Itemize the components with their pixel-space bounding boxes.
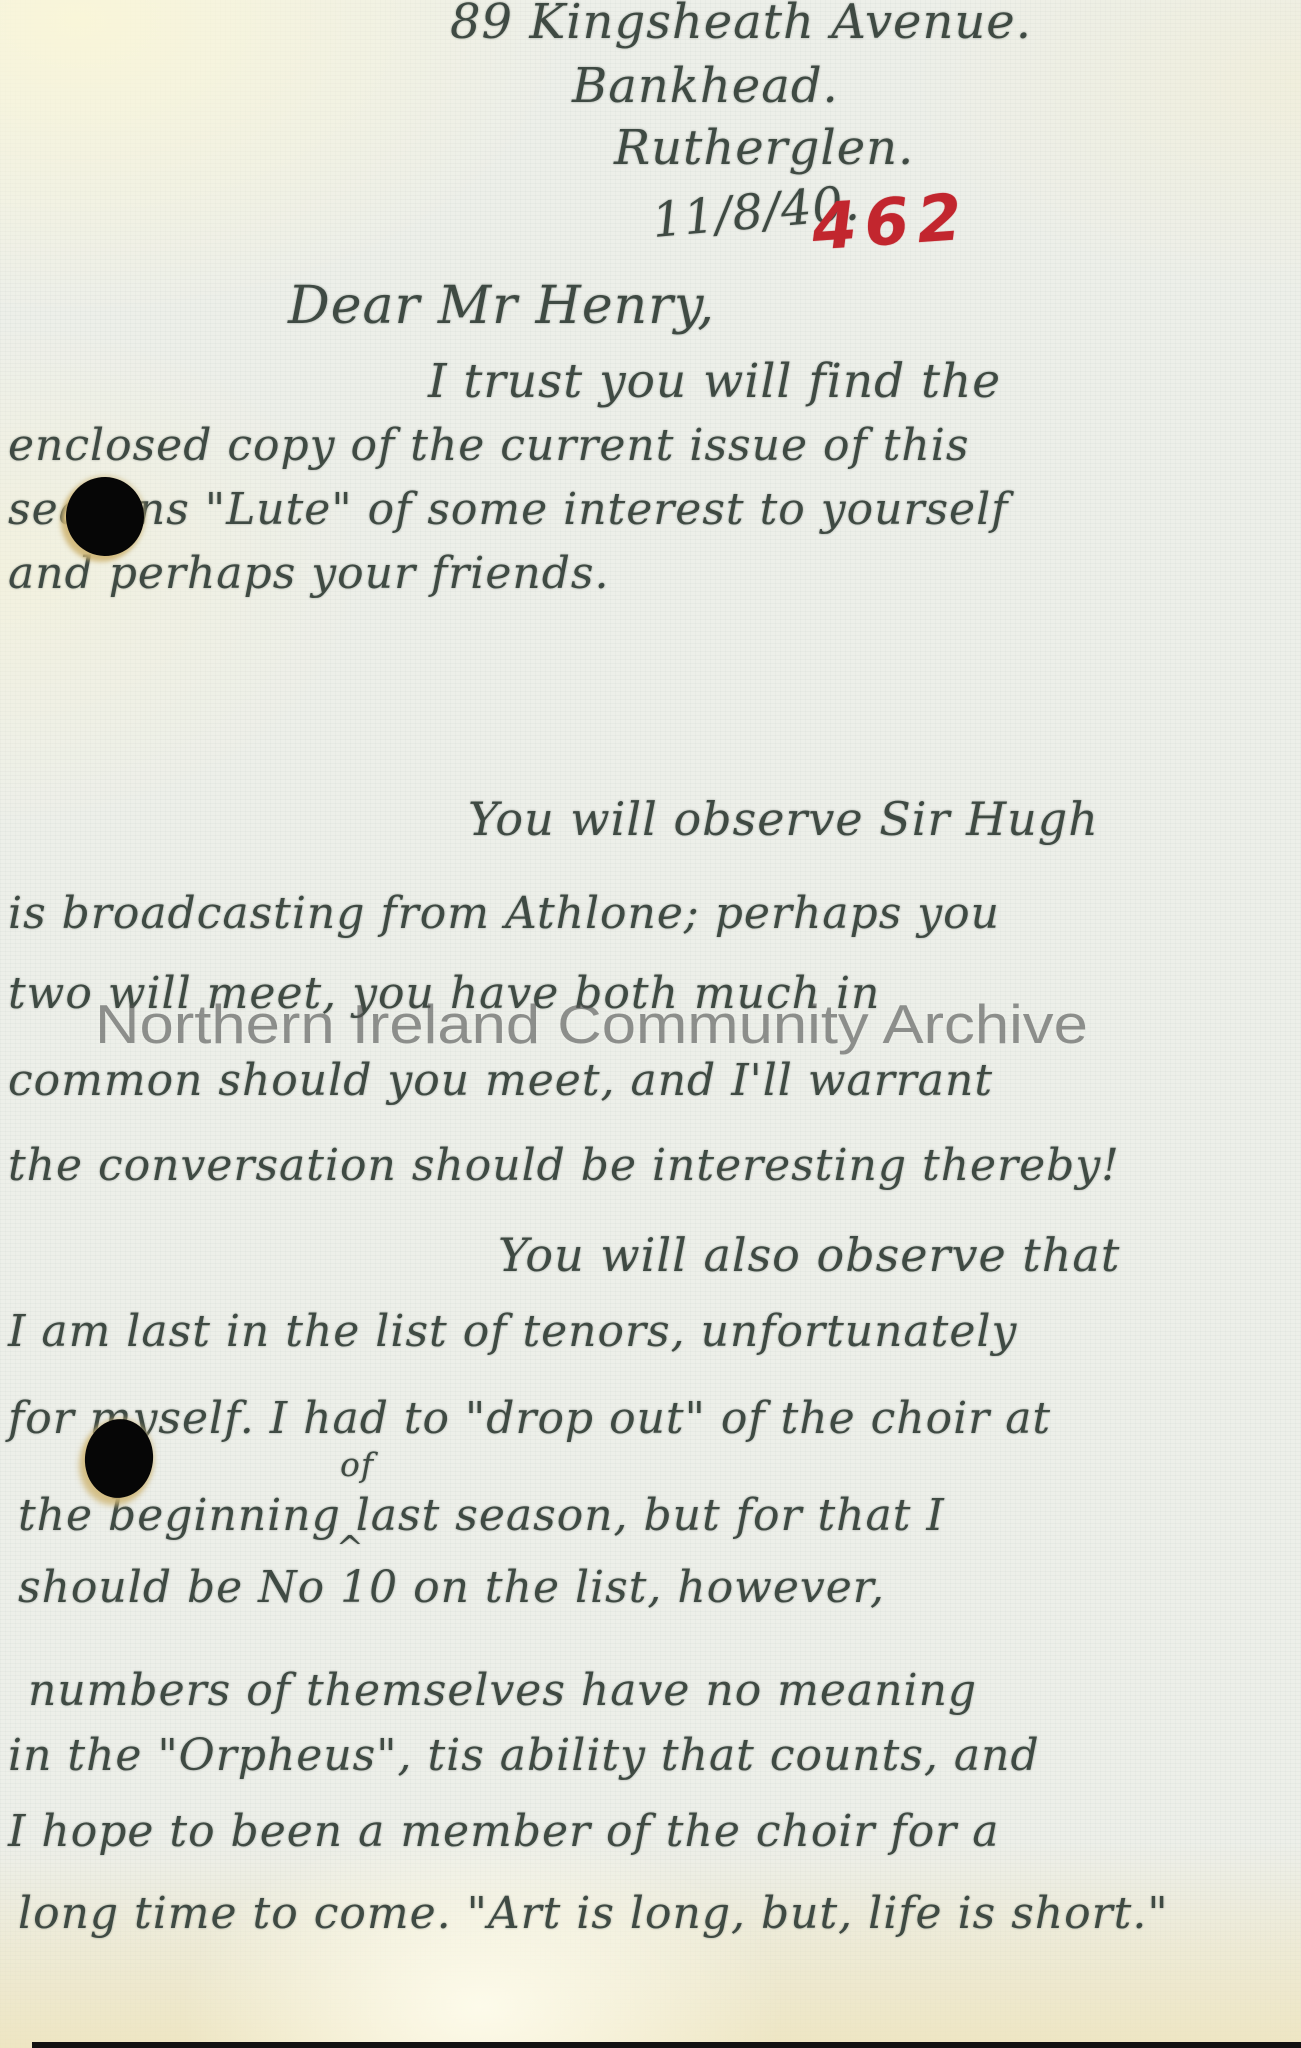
body-line: for myself. I had to "drop out" of the c… — [8, 1393, 1051, 1444]
scan-edge — [32, 2042, 1301, 2048]
address-line-1: 89 Kingsheath Avenue. — [450, 0, 1032, 50]
body-line: I trust you will find the — [428, 354, 1001, 409]
body-line: long time to come. "Art is long, but, li… — [18, 1888, 1169, 1939]
address-line-2: Bankhead. — [572, 58, 839, 114]
body-line: enclosed copy of the current issue of th… — [8, 420, 969, 471]
body-line: the beginning last season, but for that … — [18, 1490, 945, 1541]
body-line: the conversation should be interesting t… — [8, 1140, 1120, 1191]
insertion-word: of — [340, 1445, 374, 1484]
body-line: You will also observe that — [498, 1228, 1120, 1282]
body-line: in the "Orpheus", tis ability that count… — [8, 1730, 1040, 1781]
body-line: You will observe Sir Hugh — [468, 792, 1099, 846]
body-line: common should you meet, and I'll warrant — [8, 1055, 993, 1106]
salutation: Dear Mr Henry, — [288, 276, 715, 336]
body-line: is broadcasting from Athlone; perhaps yo… — [8, 888, 1000, 939]
letter-page: 89 Kingsheath Avenue. Bankhead. Ruthergl… — [0, 0, 1301, 2048]
reference-number: 462 — [810, 181, 972, 266]
body-line: I hope to been a member of the choir for… — [8, 1806, 999, 1857]
archive-watermark: Northern Ireland Community Archive — [95, 992, 1088, 1056]
body-line: I am last in the list of tenors, unfortu… — [8, 1306, 1017, 1357]
body-line: should be No 10 on the list, however, — [18, 1562, 885, 1613]
body-line: numbers of themselves have no meaning — [28, 1665, 977, 1716]
address-line-3: Rutherglen. — [614, 120, 914, 176]
body-line: seasons "Lute" of some interest to yours… — [8, 484, 1008, 535]
